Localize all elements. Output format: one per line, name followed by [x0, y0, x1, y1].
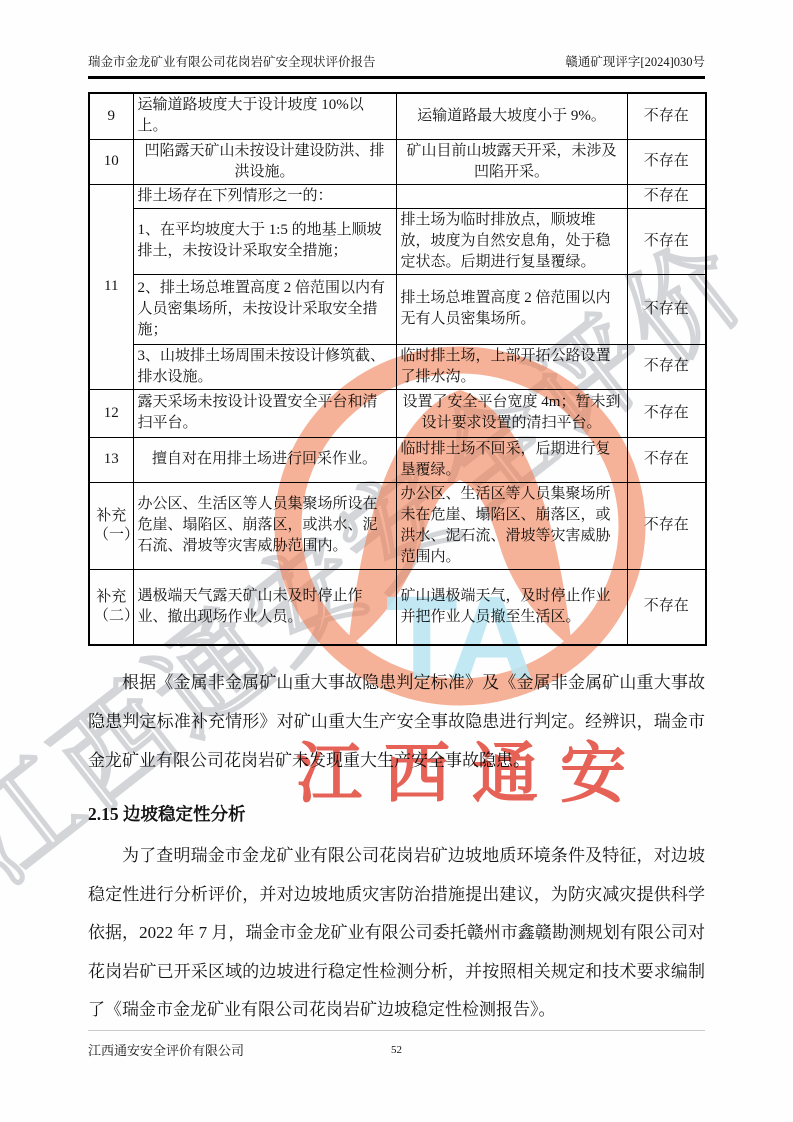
header-report-title: 瑞金市金龙矿业有限公司花岗岩矿安全现状评价报告 — [88, 54, 376, 70]
cell-actual: 排土场总堆置高度 2 倍范围以内无有人员密集场所。 — [396, 274, 627, 344]
hazard-table: 9 运输道路坡度大于设计坡度 10%以上。 运输道路最大坡度小于 9%。 不存在… — [88, 92, 707, 646]
cell-result: 不存在 — [627, 184, 706, 208]
cell-actual: 排土场为临时排放点，顺坡堆放，坡度为自然安息角，处于稳定状态。后期进行复垦覆绿。 — [396, 208, 627, 274]
section-heading-2-15: 2.15 边坡稳定性分析 — [88, 801, 246, 826]
cell-result: 不存在 — [627, 344, 706, 389]
cell-actual: 临时排土场不回采，后期进行复垦覆绿。 — [396, 437, 627, 482]
table-row: 补充（二） 遇极端天气露天矿山未及时停止作业、撤出现场作业人员。 矿山遇极端天气… — [89, 569, 706, 645]
cell-item: 办公区、生活区等人员集聚场所设在危崖、塌陷区、崩落区，或洪水、泥石流、滑坡等灾害… — [133, 482, 396, 569]
table-row: 13 擅自对在用排土场进行回采作业。 临时排土场不回采，后期进行复垦覆绿。 不存… — [89, 437, 706, 482]
cell-item: 运输道路坡度大于设计坡度 10%以上。 — [133, 93, 396, 139]
cell-result: 不存在 — [627, 274, 706, 344]
cell-item: 3、山坡排土场周围未按设计修筑截、排水设施。 — [133, 344, 396, 389]
table-row: 2、排土场总堆置高度 2 倍范围以内有人员密集场所，未按设计采取安全措施； 排土… — [89, 274, 706, 344]
header-rule — [88, 76, 705, 79]
cell-item: 凹陷露天矿山未按设计建设防洪、排洪设施。 — [133, 139, 396, 184]
cell-item: 1、在平均坡度大于 1:5 的地基上顺坡排土，未按设计采取安全措施； — [133, 208, 396, 274]
cell-result: 不存在 — [627, 389, 706, 437]
cell-item: 排土场存在下列情形之一的： — [133, 184, 396, 208]
cell-item: 露天采场未按设计设置安全平台和清扫平台。 — [133, 389, 396, 437]
cell-result: 不存在 — [627, 437, 706, 482]
cell-actual: 矿山遇极端天气，及时停止作业并把作业人员撤至生活区。 — [396, 569, 627, 645]
table-row: 补充（一） 办公区、生活区等人员集聚场所设在危崖、塌陷区、崩落区，或洪水、泥石流… — [89, 482, 706, 569]
page-header: 瑞金市金龙矿业有限公司花岗岩矿安全现状评价报告 赣通矿现评字[2024]030号 — [88, 54, 705, 70]
table-row: 3、山坡排土场周围未按设计修筑截、排水设施。 临时排土场，上部开拓公路设置了排水… — [89, 344, 706, 389]
cell-no: 9 — [89, 93, 133, 139]
cell-actual: 临时排土场，上部开拓公路设置了排水沟。 — [396, 344, 627, 389]
footer-separator — [88, 1030, 705, 1031]
cell-result: 不存在 — [627, 208, 706, 274]
cell-result: 不存在 — [627, 93, 706, 139]
cell-actual: 设置了安全平台宽度 4m；暂未到设计要求设置的清扫平台。 — [396, 389, 627, 437]
cell-actual: 矿山目前山坡露天开采，未涉及凹陷开采。 — [396, 139, 627, 184]
paragraph-hazard-conclusion: 根据《金属非金属矿山重大事故隐患判定标准》及《金属非金属矿山重大事故隐患判定标准… — [88, 663, 705, 780]
document-page: 瑞金市金龙矿业有限公司花岗岩矿安全现状评价报告 赣通矿现评字[2024]030号… — [0, 0, 793, 1122]
cell-no: 11 — [89, 184, 133, 389]
paragraph-slope-stability: 为了查明瑞金市金龙矿业有限公司花岗岩矿边坡地质环境条件及特征，对边坡稳定性进行分… — [88, 837, 705, 1030]
table-row: 10 凹陷露天矿山未按设计建设防洪、排洪设施。 矿山目前山坡露天开采，未涉及凹陷… — [89, 139, 706, 184]
cell-no: 13 — [89, 437, 133, 482]
cell-item: 擅自对在用排土场进行回采作业。 — [133, 437, 396, 482]
cell-item: 2、排土场总堆置高度 2 倍范围以内有人员密集场所，未按设计采取安全措施； — [133, 274, 396, 344]
cell-actual: 运输道路最大坡度小于 9%。 — [396, 93, 627, 139]
cell-actual — [396, 184, 627, 208]
cell-result: 不存在 — [627, 569, 706, 645]
table-row: 12 露天采场未按设计设置安全平台和清扫平台。 设置了安全平台宽度 4m；暂未到… — [89, 389, 706, 437]
cell-no: 补充（一） — [89, 482, 133, 569]
cell-result: 不存在 — [627, 139, 706, 184]
table-row: 1、在平均坡度大于 1:5 的地基上顺坡排土，未按设计采取安全措施； 排土场为临… — [89, 208, 706, 274]
cell-result: 不存在 — [627, 482, 706, 569]
cell-no: 补充（二） — [89, 569, 133, 645]
cell-no: 12 — [89, 389, 133, 437]
table-row: 9 运输道路坡度大于设计坡度 10%以上。 运输道路最大坡度小于 9%。 不存在 — [89, 93, 706, 139]
cell-no: 10 — [89, 139, 133, 184]
page-number: 52 — [0, 1044, 793, 1056]
header-document-number: 赣通矿现评字[2024]030号 — [565, 54, 705, 70]
cell-item: 遇极端天气露天矿山未及时停止作业、撤出现场作业人员。 — [133, 569, 396, 645]
table-row: 11 排土场存在下列情形之一的： 不存在 — [89, 184, 706, 208]
cell-actual: 办公区、生活区等人员集聚场所未在危崖、塌陷区、崩落区，或洪水、泥石流、滑坡等灾害… — [396, 482, 627, 569]
